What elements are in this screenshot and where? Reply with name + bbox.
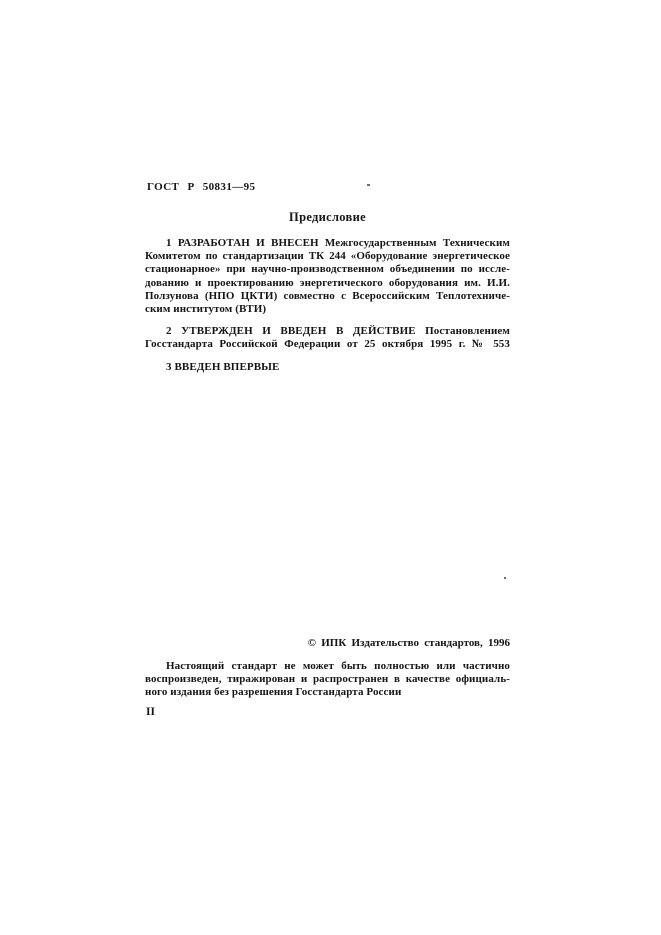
text-line: Госстандарта Российской Федерации от 25 …	[145, 338, 510, 351]
text-line: ного издания без разрешения Госстандарта…	[145, 686, 510, 699]
page-title: Предисловие	[145, 210, 510, 225]
scan-speck	[367, 184, 370, 186]
scanned-document-page: ГОСТ Р 50831—95 Предисловие 1 РАЗРАБОТАН…	[0, 0, 661, 935]
text-line: 2 УТВЕРЖДЕН И ВВЕДЕН В ДЕЙСТВИЕ Постанов…	[145, 325, 510, 338]
preface-item-1: 1 РАЗРАБОТАН И ВНЕСЕН Межгосударственным…	[145, 237, 510, 316]
text-line: Комитетом по стандартизации ТК 244 «Обор…	[145, 250, 510, 263]
text-line: стационарное» при научно-производственно…	[145, 263, 510, 276]
preface-item-3: 3 ВВЕДЕН ВПЕРВЫЕ	[145, 361, 510, 374]
reproduction-disclaimer: Настоящий стандарт не может быть полност…	[145, 660, 510, 700]
text-line: Настоящий стандарт не может быть полност…	[145, 660, 510, 673]
copyright-notice: © ИПК Издательство стандартов, 1996	[145, 637, 510, 649]
document-number: ГОСТ Р 50831—95	[147, 181, 255, 193]
preface-body: 1 РАЗРАБОТАН И ВНЕСЕН Межгосударственным…	[145, 237, 510, 383]
text-line: дованию и проектированию энергетического…	[145, 277, 510, 290]
text-line: 3 ВВЕДЕН ВПЕРВЫЕ	[145, 361, 510, 374]
text-line: воспроизведен, тиражирован и распростран…	[145, 673, 510, 686]
text-line: 1 РАЗРАБОТАН И ВНЕСЕН Межгосударственным…	[145, 237, 510, 250]
text-line: Ползунова (НПО ЦКТИ) совместно с Всеросс…	[145, 290, 510, 303]
page-number: II	[146, 706, 155, 718]
preface-item-2: 2 УТВЕРЖДЕН И ВВЕДЕН В ДЕЙСТВИЕ Постанов…	[145, 325, 510, 351]
scan-speck	[504, 577, 506, 579]
text-line: ским институтом (ВТИ)	[145, 303, 510, 316]
